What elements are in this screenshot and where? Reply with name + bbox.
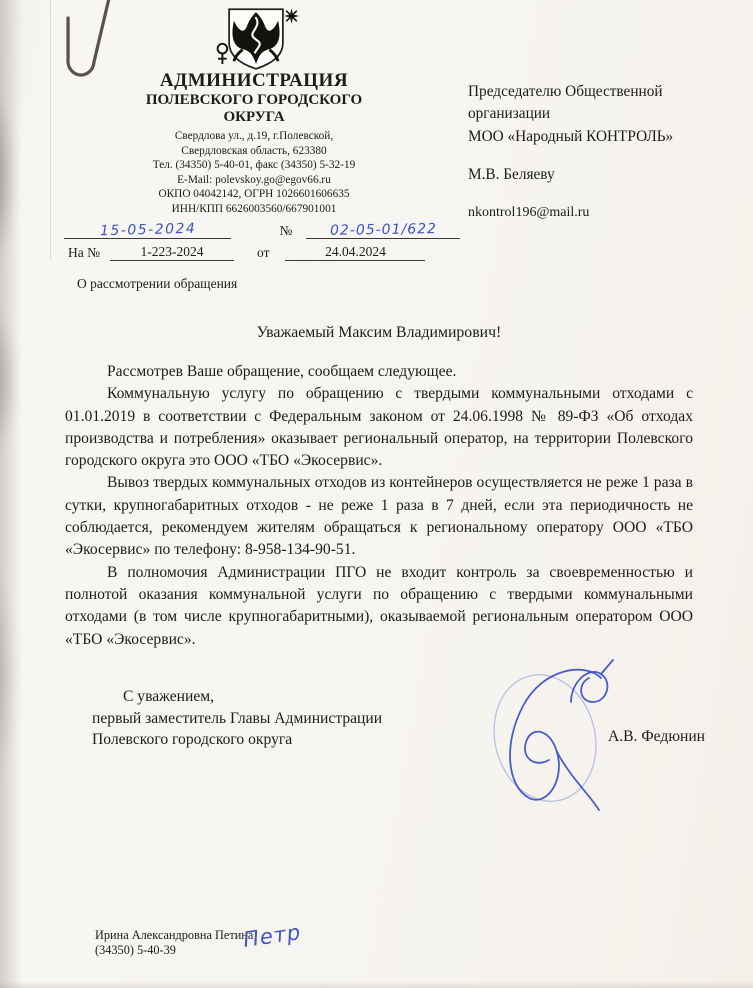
subject-line: О рассмотрении обращения — [77, 276, 237, 292]
recipient-email: nkontrol196@mail.ru — [468, 202, 708, 224]
closing-line: С уважением, — [123, 686, 492, 708]
outgoing-number-handwritten: 02-05-01/622 — [330, 221, 437, 239]
from-label: от — [257, 245, 269, 261]
salutation: Уважаемый Максим Владимирович! — [65, 324, 693, 342]
org-name-line1: АДМИНИСТРАЦИЯ — [60, 70, 448, 92]
scan-edge-shadow-bottom — [0, 981, 753, 988]
outgoing-date-field: 15-05-2024 — [64, 222, 231, 239]
body-paragraph-3: Вывоз твердых коммунальных отходов из ко… — [65, 472, 693, 561]
signer-position-line1: первый заместитель Главы Администрации — [92, 708, 492, 730]
outgoing-date-handwritten: 15-05-2024 — [99, 221, 196, 240]
scanned-letter-page: АДМИНИСТРАЦИЯ ПОЛЕВСКОГО ГОРОДСКОГО ОКРУ… — [0, 0, 753, 988]
org-email: E-Mail: polevskoy.go@egov66.ru — [60, 173, 448, 188]
signer-position-line2: Полевского городского округа — [92, 729, 492, 751]
star-glyph — [284, 8, 299, 23]
incoming-date-field: 24.04.2024 — [285, 244, 425, 261]
recipient-org: МОО «Народный КОНТРОЛЬ» — [468, 126, 708, 148]
org-name-line2: ПОЛЕВСКОГО ГОРОДСКОГО — [60, 92, 448, 109]
executor-block: Ирина Александровна Петина (34350) 5-40-… — [95, 928, 253, 958]
number-sign-label: № — [279, 223, 292, 239]
org-address-line1: Свердлова ул., д.19, г.Полевской, — [60, 129, 448, 144]
venus-symbol-glyph — [218, 44, 228, 64]
org-okpo-ogrn: ОКПО 04042142, ОГРН 1026601606635 — [60, 187, 448, 202]
signature-scribble — [473, 658, 648, 816]
in-reply-label: На № — [68, 245, 100, 261]
org-address-line2: Свердловская область, 623380 — [60, 144, 448, 159]
recipient-title-line2: организации — [468, 103, 708, 125]
recipient-block: Председателю Общественной организации МО… — [468, 81, 708, 224]
coat-of-arms-icon — [208, 6, 304, 74]
outgoing-number-field: 02-05-01/622 — [306, 222, 460, 239]
org-name-line3: ОКРУГА — [60, 109, 448, 126]
paper-fold-line — [50, 0, 51, 260]
executor-visa-handwritten: Петр — [242, 920, 303, 952]
closing-block: С уважением, первый заместитель Главы Ад… — [92, 686, 492, 751]
reference-block: 15-05-2024 № 02-05-01/622 На № 1-223-202… — [60, 220, 460, 261]
body-paragraph-4: В полномочия Администрации ПГО не входит… — [65, 562, 693, 651]
recipient-name: М.В. Беляеву — [468, 164, 708, 186]
body-paragraph-2: Коммунальную услугу по обращению с тверд… — [65, 383, 693, 472]
letterhead: АДМИНИСТРАЦИЯ ПОЛЕВСКОГО ГОРОДСКОГО ОКРУ… — [60, 70, 448, 217]
recipient-title-line1: Председателю Общественной — [468, 81, 708, 103]
incoming-number-field: 1-223-2024 — [110, 244, 234, 261]
executor-phone: (34350) 5-40-39 — [95, 943, 253, 958]
org-phone-fax: Тел. (34350) 5-40-01, факс (34350) 5-32-… — [60, 158, 448, 173]
executor-name: Ирина Александровна Петина — [95, 928, 253, 943]
body-paragraph-1: Рассмотрев Ваше обращение, сообщаем след… — [65, 361, 693, 383]
letter-body: Рассмотрев Ваше обращение, сообщаем след… — [65, 361, 693, 651]
org-inn-kpp: ИНН/КПП 6626003560/667901001 — [60, 202, 448, 217]
